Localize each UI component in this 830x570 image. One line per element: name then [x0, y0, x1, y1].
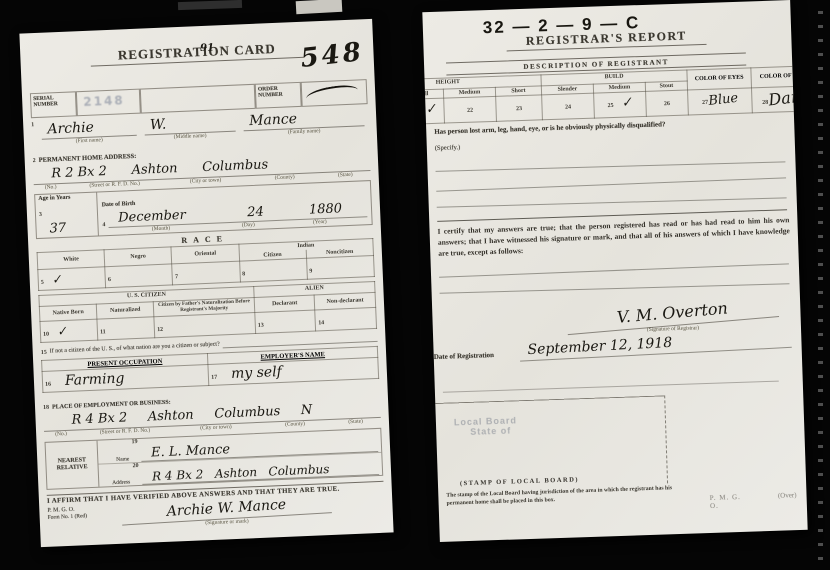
order-number-label: ORDER NUMBER: [255, 82, 302, 109]
cell-number: 8: [242, 272, 245, 278]
race-white-checkmark: ✓: [51, 272, 63, 288]
family-name-field: Mance (Family name): [239, 108, 369, 137]
age-field: Age in Years 3 37: [35, 193, 99, 239]
stamp-box-caption: (STAMP OF LOCAL BOARD): [460, 477, 579, 488]
serial-number-label: SERIAL NUMBER: [30, 91, 77, 118]
cell-number: 27: [702, 99, 708, 105]
dob-field: Date of Birth 4 December 24 1880 (Month)…: [97, 181, 372, 236]
cell-number: 25: [607, 102, 613, 108]
race-noncitizen-cell: 9: [306, 256, 374, 280]
race-citizen-cell: 8: [239, 259, 307, 283]
cell-number: 16: [45, 382, 51, 388]
color-of-eyes-header: COLOR OF EYES: [687, 68, 752, 90]
height-short-cell: 23: [496, 94, 543, 121]
build-medium-cell: 25✓: [594, 91, 647, 118]
serial-number-field: 2148: [76, 89, 141, 117]
cell-number: 22: [467, 107, 473, 113]
sublabel-no: (No.): [34, 184, 68, 191]
disqualification-specify-label: (Specify.): [435, 144, 461, 152]
native-born-checkmark: ✓: [56, 323, 68, 339]
field-number: 3: [39, 212, 42, 218]
relative-address-label: Address: [102, 479, 133, 487]
declarant-cell: 13: [255, 310, 316, 334]
cell-number: 23: [516, 105, 522, 111]
field-number: 15: [41, 350, 47, 356]
relative-address-value: R 4 Bx 2 Ashton Columbus: [142, 460, 379, 485]
eyes-value: Blue: [707, 90, 738, 108]
cell-number: 10: [43, 332, 49, 338]
blank-field: [140, 84, 256, 114]
citizen-by-father-cell: 12: [154, 313, 256, 338]
field-number: 2: [33, 158, 36, 164]
occupation-value: Farming: [65, 371, 125, 389]
height-medium-cell: 22: [444, 96, 497, 123]
build-stout-cell: 26: [646, 89, 689, 115]
height-tall-checkmark: ✓: [424, 101, 437, 118]
cell-number: 7: [175, 274, 178, 280]
first-name-field: Archie (First name): [37, 118, 141, 146]
cell-number: 12: [157, 327, 163, 333]
cell-number: 13: [258, 323, 264, 329]
employer-value: my self: [231, 364, 282, 382]
sublabel-day: (Day): [219, 221, 277, 229]
order-number-field: [301, 79, 368, 107]
build-slender-cell: 24: [542, 93, 595, 120]
handwritten-corner-mark: 91: [200, 42, 214, 54]
form-agency: P. M. G. O.: [710, 493, 753, 510]
native-born-cell: 10✓: [40, 319, 98, 342]
age-label: Age in Years: [38, 194, 93, 203]
film-perforation-strip: [818, 0, 823, 570]
build-medium-checkmark: ✓: [620, 94, 633, 111]
field-number: 18: [43, 405, 49, 411]
cell-number: 14: [318, 320, 324, 326]
scan-artifact: [296, 0, 343, 14]
form-number: Form No. 1 (Red): [48, 512, 122, 521]
nearest-relative-section: NEAREST RELATIVE Name 19 E. L. Mance Add…: [45, 428, 384, 490]
sublabel-state: (State): [320, 171, 371, 179]
cell-number: 17: [211, 375, 217, 381]
cell-number: 26: [664, 101, 670, 107]
height-tall-cell: 21✓: [422, 98, 444, 124]
home-address-label: PERMANENT HOME ADDRESS:: [39, 153, 137, 164]
color-of-hair-cell: 28Dark: [752, 85, 808, 112]
registration-card: 91 REGISTRATION CARD 548 SERIAL NUMBER 2…: [19, 19, 393, 547]
naturalized-cell: 11: [97, 317, 155, 340]
local-board-stamp-box: Local Board State of (STAMP OF LOCAL BOA…: [431, 396, 668, 492]
cell-number: 5: [41, 280, 44, 286]
order-number-scribble: [305, 82, 359, 105]
race-oriental-cell: 7: [172, 261, 240, 285]
registrars-report-card: 32 — 2 — 9 — C REGISTRAR'S REPORT DESCRI…: [422, 0, 807, 542]
cell-number: 11: [100, 329, 106, 335]
cell-number: 9: [309, 269, 312, 275]
serial-number-stamp: 2148: [83, 93, 125, 109]
sublabel-no: (No.): [44, 431, 78, 438]
field-number: 20: [132, 463, 138, 469]
field-number: 19: [131, 439, 137, 445]
sublabel-state: (State): [330, 418, 381, 426]
color-of-eyes-cell: 27Blue: [688, 87, 753, 114]
middle-name-field: W. (Middle name): [140, 113, 240, 141]
handwritten-card-number: 548: [299, 37, 365, 74]
cell-number: 24: [565, 104, 571, 110]
hair-value: Dark: [767, 85, 808, 109]
color-of-hair-header: COLOR OF HAIR: [751, 66, 808, 88]
field-number: 1: [31, 122, 35, 146]
citizenship-table: U. S. CITIZEN ALIEN Native Born Naturali…: [38, 281, 377, 343]
relative-name-label: Name: [101, 456, 132, 464]
race-white-cell: 5✓: [38, 267, 106, 291]
non-declarant-cell: 14: [315, 307, 376, 331]
registrant-signature-block: Archie W. Mance (Signature or mark): [121, 496, 332, 530]
scanned-draft-registration-document: { "registration_card": { "corner_mark": …: [0, 0, 830, 570]
cell-number: 6: [108, 277, 111, 283]
cell-number: 28: [762, 99, 768, 105]
over-label: (Over): [778, 491, 797, 508]
age-value: 37: [49, 220, 95, 237]
nearest-relative-label: NEAREST RELATIVE: [46, 441, 100, 489]
scan-artifact: [178, 0, 242, 10]
race-negro-cell: 6: [105, 264, 173, 288]
stamp-instructions: The stamp of the Local Board having juri…: [446, 485, 682, 519]
dob-label: Date of Birth: [102, 201, 136, 208]
